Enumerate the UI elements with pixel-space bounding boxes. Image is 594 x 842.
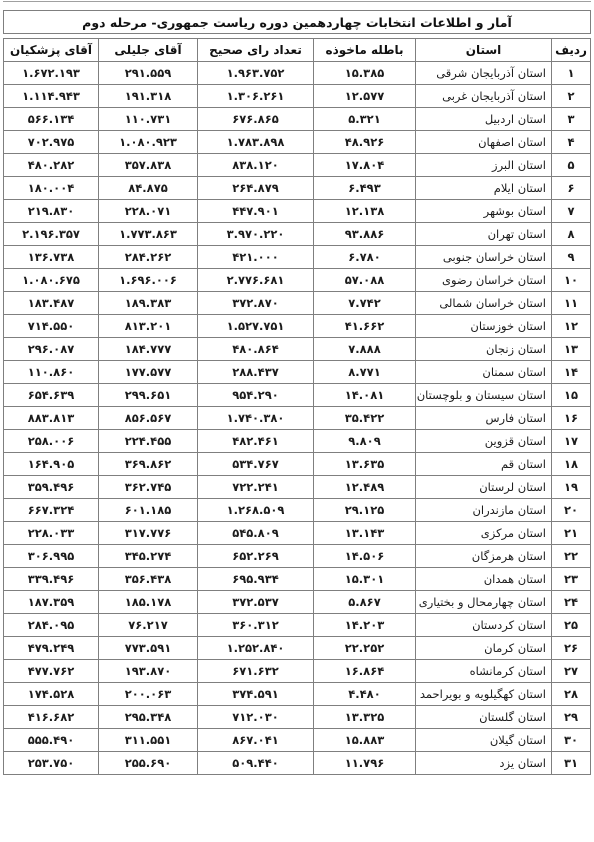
jalili-votes-cell: ۲۲۴.۴۵۵ — [99, 430, 198, 453]
invalid-votes-cell: ۱۱.۷۹۶ — [314, 752, 416, 775]
invalid-votes-cell: ۱۴.۲۰۳ — [314, 614, 416, 637]
table-row: ۱استان آذربایجان شرقی۱۵.۳۸۵۱.۹۶۳.۷۵۲۲۹۱.… — [4, 62, 591, 85]
row-number-cell: ۲۵ — [552, 614, 591, 637]
province-cell: استان آذربایجان غربی — [416, 85, 552, 108]
invalid-votes-cell: ۵۷.۰۸۸ — [314, 269, 416, 292]
jalili-votes-cell: ۳۶۹.۸۶۲ — [99, 453, 198, 476]
pezeshkian-votes-cell: ۴۸۰.۲۸۲ — [4, 154, 99, 177]
pezeshkian-votes-cell: ۳۵۹.۴۹۶ — [4, 476, 99, 499]
invalid-votes-cell: ۱۳.۱۴۳ — [314, 522, 416, 545]
election-results-table: ردیف استان باطله ماخوذه تعداد رای صحیح آ… — [3, 38, 591, 775]
jalili-votes-cell: ۷۶.۲۱۷ — [99, 614, 198, 637]
invalid-votes-cell: ۱۵.۳۰۱ — [314, 568, 416, 591]
row-number-cell: ۲ — [552, 85, 591, 108]
province-cell: استان البرز — [416, 154, 552, 177]
jalili-votes-cell: ۲۹۵.۳۴۸ — [99, 706, 198, 729]
row-number-cell: ۳ — [552, 108, 591, 131]
invalid-votes-cell: ۷.۸۸۸ — [314, 338, 416, 361]
province-cell: استان کرمانشاه — [416, 660, 552, 683]
valid-votes-cell: ۵۴۵.۸۰۹ — [198, 522, 314, 545]
table-row: ۲۹استان گلستان۱۳.۳۲۵۷۱۲.۰۳۰۲۹۵.۳۴۸۴۱۶.۶۸… — [4, 706, 591, 729]
jalili-votes-cell: ۳۵۷.۸۳۸ — [99, 154, 198, 177]
valid-votes-cell: ۱.۹۶۳.۷۵۲ — [198, 62, 314, 85]
row-number-cell: ۱۰ — [552, 269, 591, 292]
row-number-cell: ۱۷ — [552, 430, 591, 453]
invalid-votes-cell: ۳۵.۴۲۲ — [314, 407, 416, 430]
jalili-votes-cell: ۳۵۶.۴۳۸ — [99, 568, 198, 591]
pezeshkian-votes-cell: ۶۵۴.۶۳۹ — [4, 384, 99, 407]
table-row: ۹استان خراسان جنوبی۶.۷۸۰۴۲۱.۰۰۰۲۸۴.۲۶۲۱۳… — [4, 246, 591, 269]
invalid-votes-cell: ۸.۷۷۱ — [314, 361, 416, 384]
province-cell: استان آذربایجان شرقی — [416, 62, 552, 85]
row-number-cell: ۶ — [552, 177, 591, 200]
jalili-votes-cell: ۸۵۶.۵۶۷ — [99, 407, 198, 430]
pezeshkian-votes-cell: ۸۸۳.۸۱۳ — [4, 407, 99, 430]
pezeshkian-votes-cell: ۷۰۲.۹۷۵ — [4, 131, 99, 154]
pezeshkian-votes-cell: ۱۸۰.۰۰۴ — [4, 177, 99, 200]
invalid-votes-cell: ۱۴.۰۸۱ — [314, 384, 416, 407]
table-row: ۱۵استان سیستان و بلوچستان۱۴.۰۸۱۹۵۴.۲۹۰۲۹… — [4, 384, 591, 407]
table-row: ۶استان ایلام۶.۴۹۳۲۶۴.۸۷۹۸۴.۸۷۵۱۸۰.۰۰۴ — [4, 177, 591, 200]
jalili-votes-cell: ۲۸۴.۲۶۲ — [99, 246, 198, 269]
province-cell: استان اردبیل — [416, 108, 552, 131]
province-cell: استان کردستان — [416, 614, 552, 637]
row-number-cell: ۹ — [552, 246, 591, 269]
invalid-votes-cell: ۱۲.۴۸۹ — [314, 476, 416, 499]
row-number-cell: ۲۳ — [552, 568, 591, 591]
valid-votes-cell: ۱.۵۲۷.۷۵۱ — [198, 315, 314, 338]
province-cell: استان خوزستان — [416, 315, 552, 338]
pezeshkian-votes-cell: ۵۵۵.۴۹۰ — [4, 729, 99, 752]
table-row: ۲۱استان مرکزی۱۳.۱۴۳۵۴۵.۸۰۹۳۱۷.۷۷۶۲۲۸.۰۳۳ — [4, 522, 591, 545]
invalid-votes-cell: ۱۴.۵۰۶ — [314, 545, 416, 568]
table-row: ۲۴استان چهارمحال و بختیاری۵.۸۶۷۳۷۲.۵۳۷۱۸… — [4, 591, 591, 614]
jalili-votes-cell: ۳۱۱.۵۵۱ — [99, 729, 198, 752]
valid-votes-cell: ۳۶۰.۳۱۲ — [198, 614, 314, 637]
valid-votes-cell: ۱.۲۶۸.۵۰۹ — [198, 499, 314, 522]
top-divider — [3, 1, 591, 2]
province-cell: استان فارس — [416, 407, 552, 430]
pezeshkian-votes-cell: ۱۸۳.۴۸۷ — [4, 292, 99, 315]
valid-votes-cell: ۸۶۷.۰۴۱ — [198, 729, 314, 752]
row-number-cell: ۴ — [552, 131, 591, 154]
row-number-cell: ۱۳ — [552, 338, 591, 361]
province-cell: استان سمنان — [416, 361, 552, 384]
pezeshkian-votes-cell: ۱.۶۷۲.۱۹۳ — [4, 62, 99, 85]
table-row: ۲۰استان مازندران۲۹.۱۲۵۱.۲۶۸.۵۰۹۶۰۱.۱۸۵۶۶… — [4, 499, 591, 522]
invalid-votes-cell: ۵.۳۲۱ — [314, 108, 416, 131]
invalid-votes-cell: ۶.۴۹۳ — [314, 177, 416, 200]
province-cell: استان خراسان رضوی — [416, 269, 552, 292]
province-cell: استان مرکزی — [416, 522, 552, 545]
jalili-votes-cell: ۱۹۳.۸۷۰ — [99, 660, 198, 683]
valid-votes-cell: ۷۱۲.۰۳۰ — [198, 706, 314, 729]
table-row: ۳۰استان گیلان۱۵.۸۸۳۸۶۷.۰۴۱۳۱۱.۵۵۱۵۵۵.۴۹۰ — [4, 729, 591, 752]
valid-votes-cell: ۳۷۴.۵۹۱ — [198, 683, 314, 706]
invalid-votes-cell: ۹.۸۰۹ — [314, 430, 416, 453]
valid-votes-cell: ۱.۷۴۰.۳۸۰ — [198, 407, 314, 430]
row-number-cell: ۱۲ — [552, 315, 591, 338]
province-cell: استان خراسان جنوبی — [416, 246, 552, 269]
table-row: ۱۸استان قم۱۳.۶۳۵۵۳۴.۷۶۷۳۶۹.۸۶۲۱۶۴.۹۰۵ — [4, 453, 591, 476]
jalili-votes-cell: ۲۹۹.۶۵۱ — [99, 384, 198, 407]
valid-votes-cell: ۶۹۵.۹۳۴ — [198, 568, 314, 591]
pezeshkian-votes-cell: ۱۶۴.۹۰۵ — [4, 453, 99, 476]
table-row: ۷استان بوشهر۱۲.۱۳۸۴۴۷.۹۰۱۲۲۸.۰۷۱۲۱۹.۸۳۰ — [4, 200, 591, 223]
invalid-votes-cell: ۱۵.۸۸۳ — [314, 729, 416, 752]
pezeshkian-votes-cell: ۲.۱۹۶.۳۵۷ — [4, 223, 99, 246]
valid-votes-cell: ۷۲۲.۲۴۱ — [198, 476, 314, 499]
header-row-number: ردیف — [552, 39, 591, 62]
row-number-cell: ۱۸ — [552, 453, 591, 476]
invalid-votes-cell: ۴۱.۶۶۲ — [314, 315, 416, 338]
table-row: ۴استان اصفهان۴۸.۹۲۶۱.۷۸۳.۸۹۸۱.۰۸۰.۹۲۳۷۰۲… — [4, 131, 591, 154]
valid-votes-cell: ۲۶۴.۸۷۹ — [198, 177, 314, 200]
province-cell: استان قم — [416, 453, 552, 476]
table-row: ۱۷استان قزوین۹.۸۰۹۴۸۲.۴۶۱۲۲۴.۴۵۵۲۵۸.۰۰۶ — [4, 430, 591, 453]
header-province: استان — [416, 39, 552, 62]
jalili-votes-cell: ۸۱۳.۲۰۱ — [99, 315, 198, 338]
pezeshkian-votes-cell: ۱.۰۸۰.۶۷۵ — [4, 269, 99, 292]
province-cell: استان یزد — [416, 752, 552, 775]
jalili-votes-cell: ۷۷۳.۵۹۱ — [99, 637, 198, 660]
table-row: ۲۶استان کرمان۲۲.۲۵۲۱.۲۵۲.۸۴۰۷۷۳.۵۹۱۴۷۹.۲… — [4, 637, 591, 660]
page-title: آمار و اطلاعات انتخابات چهاردهمین دوره ر… — [3, 10, 591, 34]
table-row: ۱۱استان خراسان شمالی۷.۷۴۲۳۷۲.۸۷۰۱۸۹.۳۸۳۱… — [4, 292, 591, 315]
pezeshkian-votes-cell: ۳۰۶.۹۹۵ — [4, 545, 99, 568]
invalid-votes-cell: ۹۳.۸۸۶ — [314, 223, 416, 246]
valid-votes-cell: ۵۳۴.۷۶۷ — [198, 453, 314, 476]
jalili-votes-cell: ۱۱۰.۷۳۱ — [99, 108, 198, 131]
pezeshkian-votes-cell: ۷۱۴.۵۵۰ — [4, 315, 99, 338]
pezeshkian-votes-cell: ۱۳۶.۷۳۸ — [4, 246, 99, 269]
row-number-cell: ۱۴ — [552, 361, 591, 384]
row-number-cell: ۱۹ — [552, 476, 591, 499]
invalid-votes-cell: ۴.۴۸۰ — [314, 683, 416, 706]
header-pezeshkian-votes: آقای پزشکیان — [4, 39, 99, 62]
invalid-votes-cell: ۶.۷۸۰ — [314, 246, 416, 269]
invalid-votes-cell: ۵.۸۶۷ — [314, 591, 416, 614]
row-number-cell: ۲۲ — [552, 545, 591, 568]
valid-votes-cell: ۹۵۴.۲۹۰ — [198, 384, 314, 407]
document-page: آمار و اطلاعات انتخابات چهاردهمین دوره ر… — [0, 1, 594, 775]
pezeshkian-votes-cell: ۱۷۴.۵۲۸ — [4, 683, 99, 706]
valid-votes-cell: ۳.۹۷۰.۲۲۰ — [198, 223, 314, 246]
valid-votes-cell: ۱.۲۵۲.۸۴۰ — [198, 637, 314, 660]
jalili-votes-cell: ۸۴.۸۷۵ — [99, 177, 198, 200]
row-number-cell: ۲۸ — [552, 683, 591, 706]
invalid-votes-cell: ۱۵.۳۸۵ — [314, 62, 416, 85]
province-cell: استان همدان — [416, 568, 552, 591]
province-cell: استان زنجان — [416, 338, 552, 361]
table-row: ۱۳استان زنجان۷.۸۸۸۴۸۰.۸۶۴۱۸۴.۷۷۷۲۹۶.۰۸۷ — [4, 338, 591, 361]
header-valid-votes: تعداد رای صحیح — [198, 39, 314, 62]
invalid-votes-cell: ۱۳.۳۲۵ — [314, 706, 416, 729]
pezeshkian-votes-cell: ۲۲۸.۰۳۳ — [4, 522, 99, 545]
invalid-votes-cell: ۴۸.۹۲۶ — [314, 131, 416, 154]
table-row: ۱۹استان لرستان۱۲.۴۸۹۷۲۲.۲۴۱۳۶۲.۷۴۵۳۵۹.۴۹… — [4, 476, 591, 499]
valid-votes-cell: ۳۷۲.۵۳۷ — [198, 591, 314, 614]
valid-votes-cell: ۴۲۱.۰۰۰ — [198, 246, 314, 269]
jalili-votes-cell: ۳۱۷.۷۷۶ — [99, 522, 198, 545]
valid-votes-cell: ۱.۳۰۶.۲۶۱ — [198, 85, 314, 108]
pezeshkian-votes-cell: ۲۵۸.۰۰۶ — [4, 430, 99, 453]
table-row: ۳استان اردبیل۵.۳۲۱۶۷۶.۸۶۵۱۱۰.۷۳۱۵۶۶.۱۳۴ — [4, 108, 591, 131]
screenshot-root: { "title": "آمار و اطلاعات انتخابات چهار… — [0, 1, 594, 842]
valid-votes-cell: ۳۷۲.۸۷۰ — [198, 292, 314, 315]
jalili-votes-cell: ۱۷۷.۵۷۷ — [99, 361, 198, 384]
valid-votes-cell: ۸۳۸.۱۲۰ — [198, 154, 314, 177]
row-number-cell: ۲۱ — [552, 522, 591, 545]
pezeshkian-votes-cell: ۲۱۹.۸۳۰ — [4, 200, 99, 223]
pezeshkian-votes-cell: ۱.۱۱۴.۹۴۳ — [4, 85, 99, 108]
jalili-votes-cell: ۳۶۲.۷۴۵ — [99, 476, 198, 499]
jalili-votes-cell: ۱۸۴.۷۷۷ — [99, 338, 198, 361]
valid-votes-cell: ۶۷۱.۶۳۲ — [198, 660, 314, 683]
valid-votes-cell: ۴۴۷.۹۰۱ — [198, 200, 314, 223]
province-cell: استان خراسان شمالی — [416, 292, 552, 315]
invalid-votes-cell: ۷.۷۴۲ — [314, 292, 416, 315]
pezeshkian-votes-cell: ۳۳۹.۴۹۶ — [4, 568, 99, 591]
valid-votes-cell: ۶۷۶.۸۶۵ — [198, 108, 314, 131]
header-row: ردیف استان باطله ماخوذه تعداد رای صحیح آ… — [4, 39, 591, 62]
pezeshkian-votes-cell: ۴۱۶.۶۸۲ — [4, 706, 99, 729]
pezeshkian-votes-cell: ۴۷۹.۲۴۹ — [4, 637, 99, 660]
table-row: ۲۷استان کرمانشاه۱۶.۸۶۴۶۷۱.۶۳۲۱۹۳.۸۷۰۴۷۷.… — [4, 660, 591, 683]
province-cell: استان سیستان و بلوچستان — [416, 384, 552, 407]
header-jalili-votes: آقای جلیلی — [99, 39, 198, 62]
province-cell: استان لرستان — [416, 476, 552, 499]
province-cell: استان گیلان — [416, 729, 552, 752]
table-body: ۱استان آذربایجان شرقی۱۵.۳۸۵۱.۹۶۳.۷۵۲۲۹۱.… — [4, 62, 591, 775]
jalili-votes-cell: ۱.۰۸۰.۹۲۳ — [99, 131, 198, 154]
row-number-cell: ۱۵ — [552, 384, 591, 407]
table-row: ۲۳استان همدان۱۵.۳۰۱۶۹۵.۹۳۴۳۵۶.۴۳۸۳۳۹.۴۹۶ — [4, 568, 591, 591]
jalili-votes-cell: ۲۹۱.۵۵۹ — [99, 62, 198, 85]
valid-votes-cell: ۲۸۸.۴۳۷ — [198, 361, 314, 384]
province-cell: استان گلستان — [416, 706, 552, 729]
table-row: ۱۰استان خراسان رضوی۵۷.۰۸۸۲.۷۷۶.۶۸۱۱.۶۹۶.… — [4, 269, 591, 292]
table-row: ۱۶استان فارس۳۵.۴۲۲۱.۷۴۰.۳۸۰۸۵۶.۵۶۷۸۸۳.۸۱… — [4, 407, 591, 430]
jalili-votes-cell: ۲۰۰.۰۶۳ — [99, 683, 198, 706]
row-number-cell: ۳۰ — [552, 729, 591, 752]
table-row: ۲۲استان هرمزگان۱۴.۵۰۶۶۵۲.۲۶۹۳۴۵.۲۷۴۳۰۶.۹… — [4, 545, 591, 568]
valid-votes-cell: ۱.۷۸۳.۸۹۸ — [198, 131, 314, 154]
invalid-votes-cell: ۱۶.۸۶۴ — [314, 660, 416, 683]
pezeshkian-votes-cell: ۴۷۷.۷۶۲ — [4, 660, 99, 683]
pezeshkian-votes-cell: ۲۸۴.۰۹۵ — [4, 614, 99, 637]
row-number-cell: ۲۴ — [552, 591, 591, 614]
jalili-votes-cell: ۶۰۱.۱۸۵ — [99, 499, 198, 522]
row-number-cell: ۸ — [552, 223, 591, 246]
row-number-cell: ۱۶ — [552, 407, 591, 430]
valid-votes-cell: ۴۸۰.۸۶۴ — [198, 338, 314, 361]
province-cell: استان ایلام — [416, 177, 552, 200]
table-header: ردیف استان باطله ماخوذه تعداد رای صحیح آ… — [4, 39, 591, 62]
jalili-votes-cell: ۳۴۵.۲۷۴ — [99, 545, 198, 568]
table-row: ۸استان تهران۹۳.۸۸۶۳.۹۷۰.۲۲۰۱.۷۷۳.۸۶۳۲.۱۹… — [4, 223, 591, 246]
invalid-votes-cell: ۱۷.۸۰۴ — [314, 154, 416, 177]
invalid-votes-cell: ۲۲.۲۵۲ — [314, 637, 416, 660]
row-number-cell: ۷ — [552, 200, 591, 223]
table-row: ۵استان البرز۱۷.۸۰۴۸۳۸.۱۲۰۳۵۷.۸۳۸۴۸۰.۲۸۲ — [4, 154, 591, 177]
pezeshkian-votes-cell: ۲۹۶.۰۸۷ — [4, 338, 99, 361]
province-cell: استان اصفهان — [416, 131, 552, 154]
row-number-cell: ۱۱ — [552, 292, 591, 315]
valid-votes-cell: ۶۵۲.۲۶۹ — [198, 545, 314, 568]
table-row: ۳۱استان یزد۱۱.۷۹۶۵۰۹.۴۴۰۲۵۵.۶۹۰۲۵۳.۷۵۰ — [4, 752, 591, 775]
jalili-votes-cell: ۲۲۸.۰۷۱ — [99, 200, 198, 223]
header-invalid-votes: باطله ماخوذه — [314, 39, 416, 62]
pezeshkian-votes-cell: ۵۶۶.۱۳۴ — [4, 108, 99, 131]
row-number-cell: ۲۶ — [552, 637, 591, 660]
pezeshkian-votes-cell: ۶۶۷.۳۲۴ — [4, 499, 99, 522]
province-cell: استان کهگیلویه و بویراحمد — [416, 683, 552, 706]
province-cell: استان کرمان — [416, 637, 552, 660]
province-cell: استان قزوین — [416, 430, 552, 453]
row-number-cell: ۲۷ — [552, 660, 591, 683]
province-cell: استان مازندران — [416, 499, 552, 522]
pezeshkian-votes-cell: ۱۱۰.۸۶۰ — [4, 361, 99, 384]
jalili-votes-cell: ۱۸۵.۱۷۸ — [99, 591, 198, 614]
valid-votes-cell: ۴۸۲.۴۶۱ — [198, 430, 314, 453]
table-row: ۲۵استان کردستان۱۴.۲۰۳۳۶۰.۳۱۲۷۶.۲۱۷۲۸۴.۰۹… — [4, 614, 591, 637]
jalili-votes-cell: ۲۵۵.۶۹۰ — [99, 752, 198, 775]
province-cell: استان بوشهر — [416, 200, 552, 223]
province-cell: استان هرمزگان — [416, 545, 552, 568]
table-row: ۲۸استان کهگیلویه و بویراحمد۴.۴۸۰۳۷۴.۵۹۱۲… — [4, 683, 591, 706]
jalili-votes-cell: ۱.۶۹۶.۰۰۶ — [99, 269, 198, 292]
pezeshkian-votes-cell: ۱۸۷.۳۵۹ — [4, 591, 99, 614]
table-row: ۱۴استان سمنان۸.۷۷۱۲۸۸.۴۳۷۱۷۷.۵۷۷۱۱۰.۸۶۰ — [4, 361, 591, 384]
table-row: ۱۲استان خوزستان۴۱.۶۶۲۱.۵۲۷.۷۵۱۸۱۳.۲۰۱۷۱۴… — [4, 315, 591, 338]
invalid-votes-cell: ۲۹.۱۲۵ — [314, 499, 416, 522]
row-number-cell: ۳۱ — [552, 752, 591, 775]
pezeshkian-votes-cell: ۲۵۳.۷۵۰ — [4, 752, 99, 775]
row-number-cell: ۲۹ — [552, 706, 591, 729]
table-row: ۲استان آذربایجان غربی۱۲.۵۷۷۱.۳۰۶.۲۶۱۱۹۱.… — [4, 85, 591, 108]
jalili-votes-cell: ۱۸۹.۳۸۳ — [99, 292, 198, 315]
invalid-votes-cell: ۱۳.۶۳۵ — [314, 453, 416, 476]
jalili-votes-cell: ۱۹۱.۳۱۸ — [99, 85, 198, 108]
invalid-votes-cell: ۱۲.۱۳۸ — [314, 200, 416, 223]
jalili-votes-cell: ۱.۷۷۳.۸۶۳ — [99, 223, 198, 246]
province-cell: استان چهارمحال و بختیاری — [416, 591, 552, 614]
province-cell: استان تهران — [416, 223, 552, 246]
row-number-cell: ۱ — [552, 62, 591, 85]
valid-votes-cell: ۲.۷۷۶.۶۸۱ — [198, 269, 314, 292]
row-number-cell: ۲۰ — [552, 499, 591, 522]
row-number-cell: ۵ — [552, 154, 591, 177]
valid-votes-cell: ۵۰۹.۴۴۰ — [198, 752, 314, 775]
invalid-votes-cell: ۱۲.۵۷۷ — [314, 85, 416, 108]
